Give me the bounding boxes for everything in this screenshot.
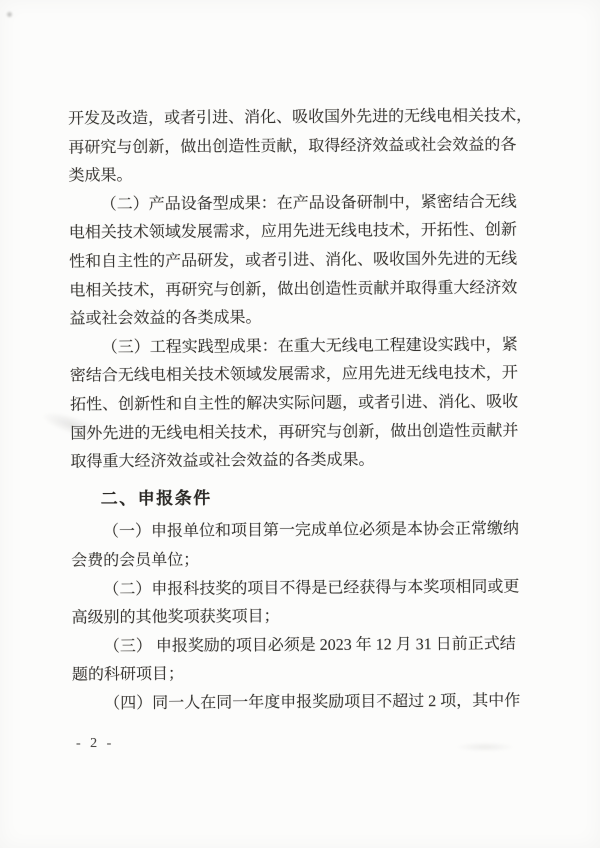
text-line: 高级别的其他奖项获奖项目；	[71, 601, 535, 633]
text-line: 类成果。	[68, 160, 532, 192]
paragraph: （二）申报科技奖的项目不得是已经获得与本奖项相同或更 高级别的其他奖项获奖项目；	[71, 573, 535, 633]
text-line: 会费的会员单位；	[71, 544, 535, 576]
paragraph: （一）申报单位和项目第一完成单位必须是本协会正常缴纳 会费的会员单位；	[71, 516, 535, 576]
paragraph: （三）工程实践型成果：在重大无线电工程建设实践中，紧 密结合无线电相关技术领域发…	[70, 331, 535, 477]
text-line: 性和自主性的产品研发，或者引进、消化、吸收国外先进的无线	[69, 245, 533, 277]
text-line: （三） 申报奖励的项目必须是 2023 年 12 月 31 日前正式结	[72, 630, 536, 662]
text-line: 国外先进的无线电相关技术，再研究与创新，做出创造性贡献并	[70, 417, 534, 449]
text-line: （二）申报科技奖的项目不得是已经获得与本奖项相同或更	[71, 573, 535, 605]
text-line: （三）工程实践型成果：在重大无线电工程建设实践中，紧	[70, 331, 534, 363]
document-page: 开发及改造，或者引进、消化、吸收国外先进的无线电相关技术， 再研究与创新，做出创…	[0, 0, 600, 848]
text-line: （四）同一人在同一年度申报奖励项目不超过 2 项，其中作	[72, 687, 536, 719]
text-line: 电相关技术，再研究与创新，做出创造性贡献并取得重大经济效	[69, 274, 533, 306]
text-line: 电相关技术领域发展需求，应用先进无线电技术，开拓性、创新	[69, 217, 533, 249]
text-line: 题的科研项目；	[72, 659, 536, 691]
document-body: 开发及改造，或者引进、消化、吸收国外先进的无线电相关技术， 再研究与创新，做出创…	[68, 102, 536, 719]
paragraph: （二）产品设备型成果：在产品设备研制中，紧密结合无线 电相关技术领域发展需求，应…	[69, 188, 534, 334]
text-line: （一）申报单位和项目第一完成单位必须是本协会正常缴纳	[71, 516, 535, 548]
paragraph: （三） 申报奖励的项目必须是 2023 年 12 月 31 日前正式结 题的科研…	[72, 630, 536, 690]
paragraph: 开发及改造，或者引进、消化、吸收国外先进的无线电相关技术， 再研究与创新，做出创…	[68, 102, 533, 191]
scan-artifact	[455, 742, 515, 752]
text-line: （二）产品设备型成果：在产品设备研制中，紧密结合无线	[69, 188, 533, 220]
text-line: 拓性、创新性和自主性的解决实际问题，或者引进、消化、吸收	[70, 388, 534, 420]
text-line: 开发及改造，或者引进、消化、吸收国外先进的无线电相关技术，	[68, 102, 532, 134]
section-heading: 二、申报条件	[71, 482, 535, 514]
scan-speck	[7, 12, 12, 17]
text-line: 密结合无线电相关技术领域发展需求，应用先进无线电技术，开	[70, 360, 534, 392]
text-line: 益或社会效益的各类成果。	[69, 303, 533, 335]
text-line: 取得重大经济效益或社会效益的各类成果。	[70, 445, 534, 477]
text-line: 再研究与创新，做出创造性贡献，取得经济效益或社会效益的各	[68, 131, 532, 163]
paragraph: （四）同一人在同一年度申报奖励项目不超过 2 项，其中作	[72, 687, 536, 719]
page-number: - 2 -	[76, 736, 114, 752]
